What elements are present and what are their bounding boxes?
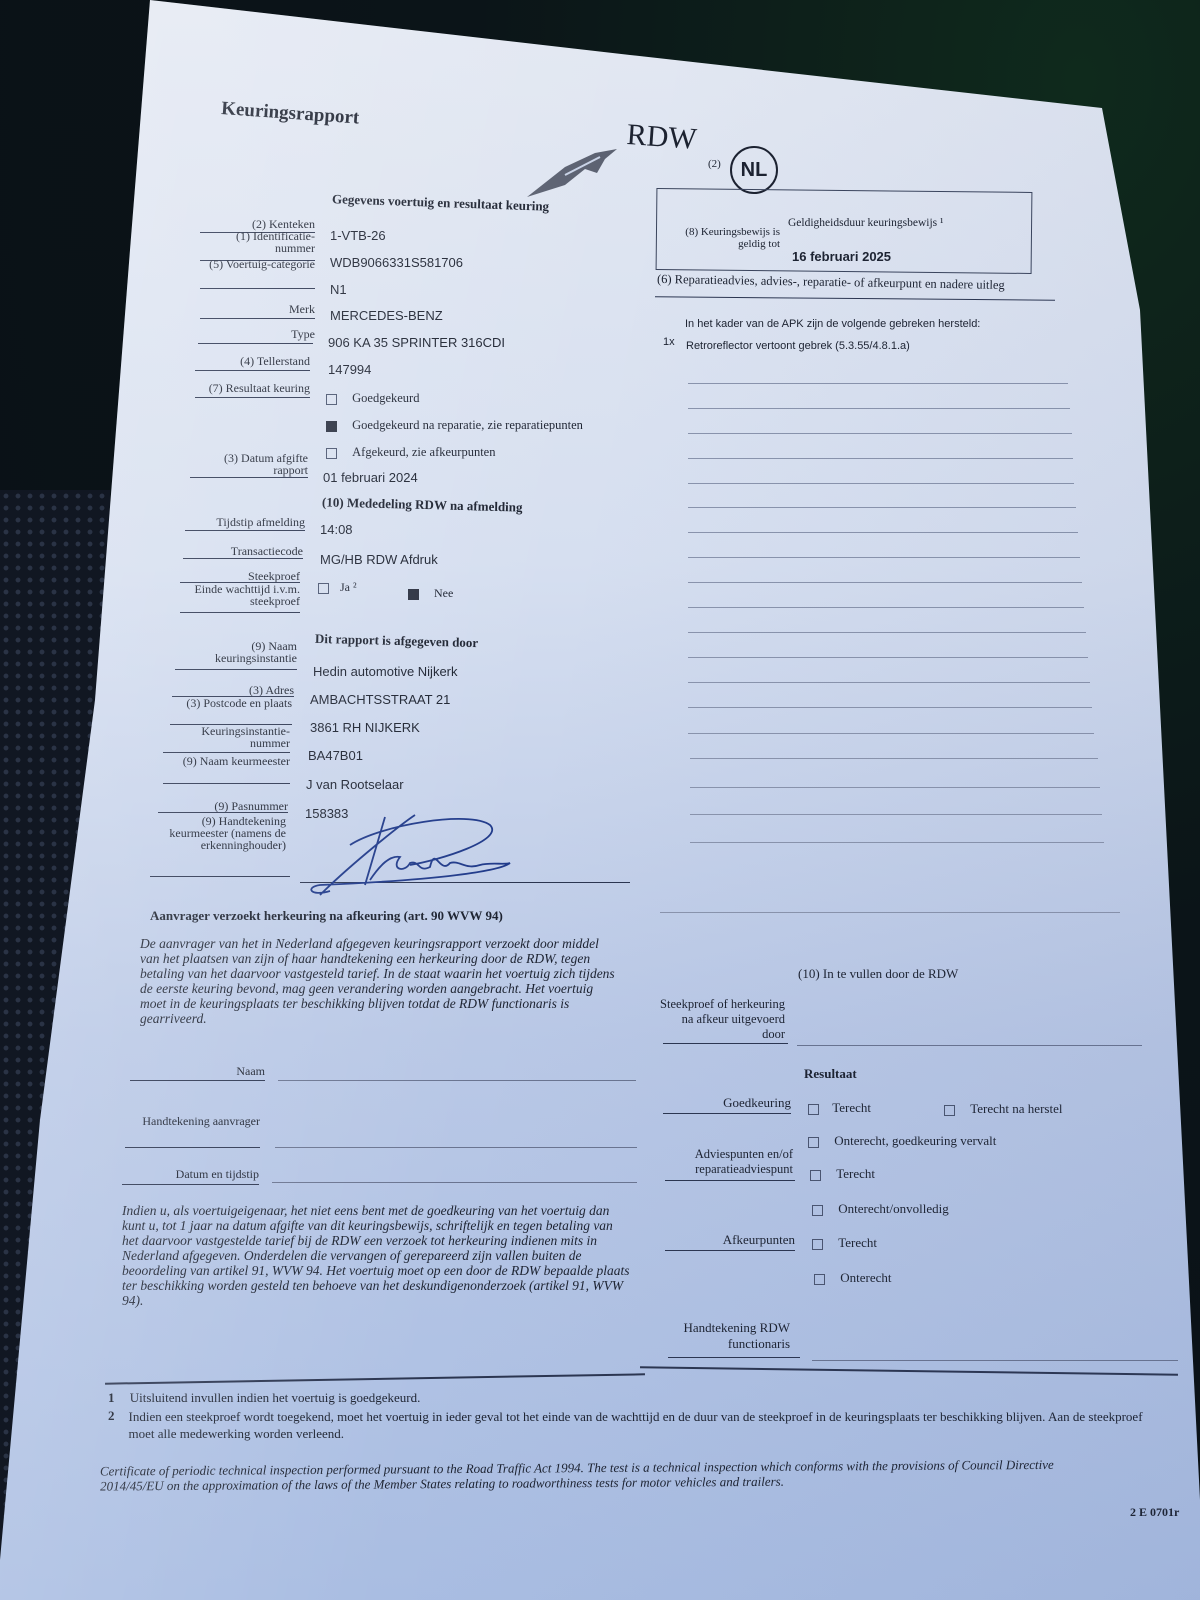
repair-advice-header: (6) Reparatieadvies, advies-, reparatie-… bbox=[657, 272, 1005, 293]
approval-onterecht[interactable]: Onterecht, goedkeuring vervalt bbox=[808, 1133, 996, 1149]
footnote-text: Uitsluitend invullen indien het voertuig… bbox=[130, 1390, 421, 1405]
validity-header: Geldigheidsduur keuringsbewijs ¹ bbox=[788, 217, 943, 229]
handtekening-aanvrager-field[interactable] bbox=[275, 1130, 637, 1146]
validity-label: (8) Keuringsbewijs is geldig tot bbox=[680, 226, 780, 250]
rdw-notice-header: (10) Mededeling RDW na afmelding bbox=[322, 494, 523, 515]
label-adviespunten: Adviespunten en/of reparatieadviespunt bbox=[663, 1147, 793, 1177]
checkbox-approval-onterecht[interactable] bbox=[808, 1137, 819, 1148]
signature-keurmeester-icon bbox=[290, 805, 520, 905]
value-merk: MERCEDES-BENZ bbox=[330, 308, 443, 323]
label-transactiecode: Transactiecode bbox=[183, 545, 303, 557]
checkbox-goedgekeurd[interactable] bbox=[326, 394, 337, 405]
checkbox-reject-terecht[interactable] bbox=[812, 1239, 823, 1250]
advice-onterecht-onvolledig[interactable]: Onterecht/onvolledig bbox=[812, 1201, 949, 1217]
value-datum-afgifte: 01 februari 2024 bbox=[323, 470, 418, 485]
footnote-number: 1 bbox=[108, 1390, 115, 1405]
value-tijdstip-afmelding: 14:08 bbox=[320, 522, 353, 537]
option-label: Terecht bbox=[832, 1100, 871, 1115]
repair-item-count: 1x bbox=[663, 336, 675, 348]
value-postcode-plaats: 3861 RH NIJKERK bbox=[310, 720, 420, 735]
value-identificatienummer: WDB9066331S581706 bbox=[330, 255, 463, 270]
rdw-feather-logo-icon bbox=[525, 145, 620, 200]
result-option-goedgekeurd-na-reparatie[interactable]: Goedgekeurd na reparatie, zie reparatiep… bbox=[326, 418, 583, 433]
value-kenteken: 1-VTB-26 bbox=[330, 228, 386, 243]
option-label: Onterecht, goedkeuring vervalt bbox=[834, 1133, 996, 1148]
value-type: 906 KA 35 SPRINTER 316CDI bbox=[328, 335, 505, 350]
checkbox-steekproef-ja[interactable] bbox=[318, 583, 329, 594]
owner-note: Indien u, als voertuigeigenaar, het niet… bbox=[122, 1203, 632, 1308]
footnote-text: Indien een steekproef wordt toegekend, m… bbox=[129, 1408, 1169, 1442]
label-adres: (3) Adres bbox=[172, 684, 294, 696]
value-transactiecode: MG/HB RDW Afdruk bbox=[320, 552, 438, 567]
label-handtekening-aanvrager: Handtekening aanvrager bbox=[125, 1115, 260, 1127]
option-label: Terecht na herstel bbox=[970, 1101, 1062, 1116]
label-resultaat-keuring: (7) Resultaat keuring bbox=[195, 382, 310, 394]
result-option-label: Afgekeurd, zie afkeurpunten bbox=[352, 445, 495, 459]
option-label: Onterecht/onvolledig bbox=[838, 1201, 948, 1216]
label-merk: Merk bbox=[200, 303, 315, 315]
sample-option-label: Nee bbox=[434, 586, 453, 600]
label-steekproef: Steekproef bbox=[180, 570, 300, 582]
value-keuringsinstantienummer: BA47B01 bbox=[308, 748, 363, 763]
checkbox-goedgekeurd-na-reparatie-checked[interactable] bbox=[326, 421, 337, 432]
certificate-note: Certificate of periodic technical inspec… bbox=[100, 1456, 1110, 1493]
label-keuringsinstantienummer: Keuringsinstantie-nummer bbox=[165, 725, 290, 749]
result-option-label: Goedgekeurd na reparatie, zie reparatiep… bbox=[352, 418, 583, 432]
reject-onterecht[interactable]: Onterecht bbox=[814, 1270, 892, 1286]
result-option-goedgekeurd[interactable]: Goedgekeurd bbox=[326, 391, 419, 406]
uitgevoerd-door-field[interactable] bbox=[797, 1028, 1142, 1044]
sample-option-ja[interactable]: Ja ² bbox=[318, 580, 357, 595]
checkbox-steekproef-nee-checked[interactable] bbox=[408, 589, 419, 600]
value-pasnummer: 158383 bbox=[305, 806, 348, 821]
repair-advice-intro: In het kader van de APK zijn de volgende… bbox=[685, 318, 980, 330]
approval-terecht-na-herstel[interactable]: Terecht na herstel bbox=[944, 1101, 1062, 1117]
option-label: Terecht bbox=[836, 1166, 875, 1181]
repair-item-text: Retroreflector vertoont gebrek (5.3.55/4… bbox=[686, 340, 910, 352]
checkbox-advice-terecht[interactable] bbox=[810, 1170, 821, 1181]
advice-terecht[interactable]: Terecht bbox=[810, 1166, 875, 1182]
vehicle-section-header: Gegevens voertuig en resultaat keuring bbox=[332, 191, 550, 215]
result-header: Resultaat bbox=[804, 1066, 857, 1082]
issuer-section-header: Dit rapport is afgegeven door bbox=[315, 631, 479, 651]
value-tellerstand: 147994 bbox=[328, 362, 371, 377]
naam-aanvrager-field[interactable] bbox=[278, 1064, 636, 1080]
label-afkeurpunten: Afkeurpunten bbox=[665, 1234, 795, 1246]
label-datum-afgifte: (3) Datum afgifte rapport bbox=[190, 452, 308, 476]
checkbox-afgekeurd[interactable] bbox=[326, 448, 337, 459]
country-badge: NL bbox=[730, 146, 778, 194]
label-pasnummer: (9) Pasnummer bbox=[160, 800, 288, 812]
label-uitgevoerd-door: Steekproef of herkeuring na afkeur uitge… bbox=[660, 997, 785, 1042]
value-adres: AMBACHTSSTRAAT 21 bbox=[310, 692, 450, 707]
label-goedkeuring: Goedkeuring bbox=[663, 1097, 791, 1109]
reinspection-body: De aanvrager van het in Nederland afgege… bbox=[140, 936, 620, 1026]
label-einde-wachttijd: Einde wachttijd i.v.m. steekproef bbox=[180, 583, 300, 607]
checkbox-approval-terecht-na-herstel[interactable] bbox=[944, 1105, 955, 1116]
option-label: Onterecht bbox=[840, 1270, 891, 1285]
footnote-number: 2 bbox=[108, 1408, 115, 1442]
label-datum-tijdstip: Datum en tijdstip bbox=[122, 1168, 259, 1180]
reinspection-header: Aanvrager verzoekt herkeuring na afkeuri… bbox=[150, 908, 503, 924]
validity-date: 16 februari 2025 bbox=[792, 249, 891, 264]
reject-terecht[interactable]: Terecht bbox=[812, 1235, 877, 1251]
document-title: Keuringsrapport bbox=[220, 98, 359, 130]
label-postcode-plaats: (3) Postcode en plaats bbox=[170, 697, 292, 709]
checkbox-approval-terecht[interactable] bbox=[808, 1104, 819, 1115]
footnote-2: 2 Indien een steekproef wordt toegekend,… bbox=[108, 1408, 1168, 1442]
country-ref: (2) bbox=[708, 158, 721, 170]
form-code: 2 E 0701r bbox=[1130, 1505, 1179, 1520]
handtekening-rdw-field[interactable] bbox=[812, 1344, 1178, 1360]
label-handtekening-rdw: Handtekening RDW functionaris bbox=[660, 1320, 790, 1352]
label-handtekening-keurmeester: (9) Handtekening keurmeester (namens de … bbox=[158, 815, 286, 851]
sample-option-nee[interactable]: Nee bbox=[408, 586, 453, 601]
validity-box bbox=[656, 188, 1033, 274]
footnote-1: 1 Uitsluitend invullen indien het voertu… bbox=[108, 1390, 420, 1406]
datum-tijdstip-field[interactable] bbox=[272, 1166, 637, 1182]
checkbox-advice-onterecht[interactable] bbox=[812, 1205, 823, 1216]
label-tijdstip-afmelding: Tijdstip afmelding bbox=[185, 516, 305, 528]
inspection-report-paper: Keuringsrapport RDW (2) NL Gegevens voer… bbox=[0, 0, 1200, 1600]
label-kenteken: (2) Kenteken bbox=[200, 218, 315, 230]
label-identificatienummer: (1) Identificatie-nummer bbox=[200, 230, 315, 254]
value-naam-keurmeester: J van Rootselaar bbox=[306, 777, 404, 792]
approval-terecht[interactable]: Terecht bbox=[808, 1100, 871, 1116]
label-type: Type bbox=[200, 328, 315, 340]
sample-option-label: Ja ² bbox=[340, 580, 357, 594]
option-label: Terecht bbox=[838, 1235, 877, 1250]
rdw-logo: RDW bbox=[626, 118, 698, 157]
label-naam-aanvrager: Naam bbox=[130, 1065, 265, 1077]
label-naam-keuringsinstantie: (9) Naam keuringsinstantie bbox=[175, 640, 297, 664]
label-voertuigcategorie: (5) Voertuig-categorie bbox=[200, 258, 315, 270]
value-naam-keuringsinstantie: Hedin automotive Nijkerk bbox=[313, 664, 458, 679]
value-voertuigcategorie: N1 bbox=[330, 282, 347, 297]
label-tellerstand: (4) Tellerstand bbox=[195, 355, 310, 367]
rdw-fill-header: (10) In te vullen door de RDW bbox=[798, 966, 958, 982]
label-naam-keurmeester: (9) Naam keurmeester bbox=[165, 755, 290, 767]
checkbox-reject-onterecht[interactable] bbox=[814, 1274, 825, 1285]
result-option-afgekeurd[interactable]: Afgekeurd, zie afkeurpunten bbox=[326, 445, 495, 460]
result-option-label: Goedgekeurd bbox=[352, 391, 419, 405]
